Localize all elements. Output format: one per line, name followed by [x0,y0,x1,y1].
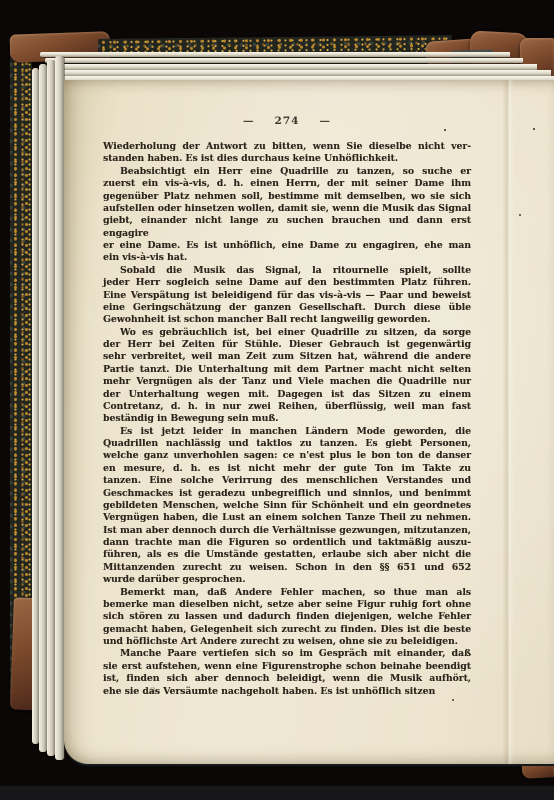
photo-bottom-band [0,786,554,800]
text-line: sich stören zu lassen und dadurch finden… [103,611,471,623]
text-line: Contretanz, d. h. in nur zwei Reihen, üb… [103,401,471,413]
text-line: Ist man aber dennoch durch die Verhältni… [103,525,471,537]
signature-mark: 18 [144,686,156,696]
text-line: Wo es gebräuchlich ist, bei einer Quadri… [103,327,471,339]
text-block: Wiederholung der Antwort zu bitten, wenn… [103,141,471,698]
text-line: ehe sie das Versäumte nachgeholt haben. … [103,686,471,698]
text-line: Vergnügen haben, die Lust an einem solch… [103,512,471,524]
text-line: der Herr bei Zeiten für Stühle. Dieser G… [103,339,471,351]
text-line: ist, finden sich aber dennoch beleidigt,… [103,673,471,685]
text-line: standen haben. Es ist dies durchaus kein… [103,153,471,165]
text-line: jeder Herr sogleich seine Dame auf den b… [103,277,471,289]
page-stack-top-edge [45,58,523,63]
text-line: dann trachte man die Figuren so ordentli… [103,537,471,549]
text-line: bemerke man dieselben nicht, setze aber … [103,599,471,611]
text-line: tanzen. Eine solche Verirrung des mensch… [103,475,471,487]
header-dash-right: — [319,115,331,127]
text-line: en mesure, d. h. es ist nicht mehr der g… [103,463,471,475]
page-stack-left-edge [39,64,47,752]
text-line: Gewohnheit ist schon mancher Ball recht … [103,314,471,326]
text-line: sehr verbreitet, weil man Zeit zum Sitze… [103,351,471,363]
text-line: giebt, einander nicht lange zu suchen br… [103,215,471,240]
text-line: Partie tanzt. Die Unterhaltung mit dem P… [103,364,471,376]
page-stack-left-edge [55,56,64,760]
text-line: Eine Verspätung ist beleidigend für das … [103,290,471,302]
page-stack-left-edge [32,68,39,744]
text-line: sie erst aufstehen, wenn eine Figurenstr… [103,661,471,673]
text-line: Bemerkt man, daß Andere Fehler machen, s… [103,587,471,599]
text-line: Beabsichtigt ein Herr eine Quadrille zu … [103,166,471,178]
dust-speck [519,214,521,216]
text-line: gemacht haben, Gelegenheit sich zurecht … [103,624,471,636]
text-line: gebildeten Menschen, welche Sinn für Sch… [103,500,471,512]
text-line: er eine Dame. Es ist unhöflich, eine Dam… [103,240,471,252]
photographed-book: — 274 — Wiederholung der Antwort zu bitt… [0,0,554,800]
text-line: eine Geringschätzung der ganzen Gesellsc… [103,302,471,314]
book-page: — 274 — Wiederholung der Antwort zu bitt… [64,80,554,764]
text-line: Quadrillen nachlässig und taktlos zu tan… [103,438,471,450]
text-line: beständig in Bewegung sein muß. [103,413,471,425]
page-number: 274 [275,115,300,127]
text-line: Mittanzenden zurecht zu weisen. Schon in… [103,562,471,574]
text-line: zuerst ein vis-à-vis, d. h. einen Herrn,… [103,178,471,190]
text-line: aufstellen oder hinsetzen wollen, damit … [103,203,471,215]
text-line: Geschmackes ist geradezu unbegreiflich u… [103,488,471,500]
text-line: gegenüber Platz nehmen soll, bestimme mi… [103,191,471,203]
text-line: Wiederholung der Antwort zu bitten, wenn… [103,141,471,153]
text-line: ein vis-à-vis hat. [103,252,471,264]
text-line: Sobald die Musik das Signal, la ritourne… [103,265,471,277]
text-line: welche ganz unverhohlen sagen: ce n'est … [103,450,471,462]
page-stack-left-edge [47,60,55,756]
text-line: der Unterhaltung wegen mit. Dagegen ist … [103,389,471,401]
page-header: — 274 — [103,115,471,127]
text-line: Es ist jetzt leider in manchen Ländern M… [103,426,471,438]
text-line: mehr Vergnügen als der Tanz und Viele ma… [103,376,471,388]
text-line: Manche Paare vertiefen sich so im Gesprä… [103,648,471,660]
text-line: und höflichste Art Andere zurecht zu wei… [103,636,471,648]
header-dash-left: — [243,115,255,127]
dust-speck [533,128,535,130]
page-stack-top-edge [40,52,510,57]
text-line: führen, als es die Umstände gestatten, e… [103,549,471,561]
page-crease [502,80,514,764]
dust-speck [444,129,446,131]
text-line: wurde darüber gesprochen. [103,574,471,586]
dust-speck [452,699,454,701]
